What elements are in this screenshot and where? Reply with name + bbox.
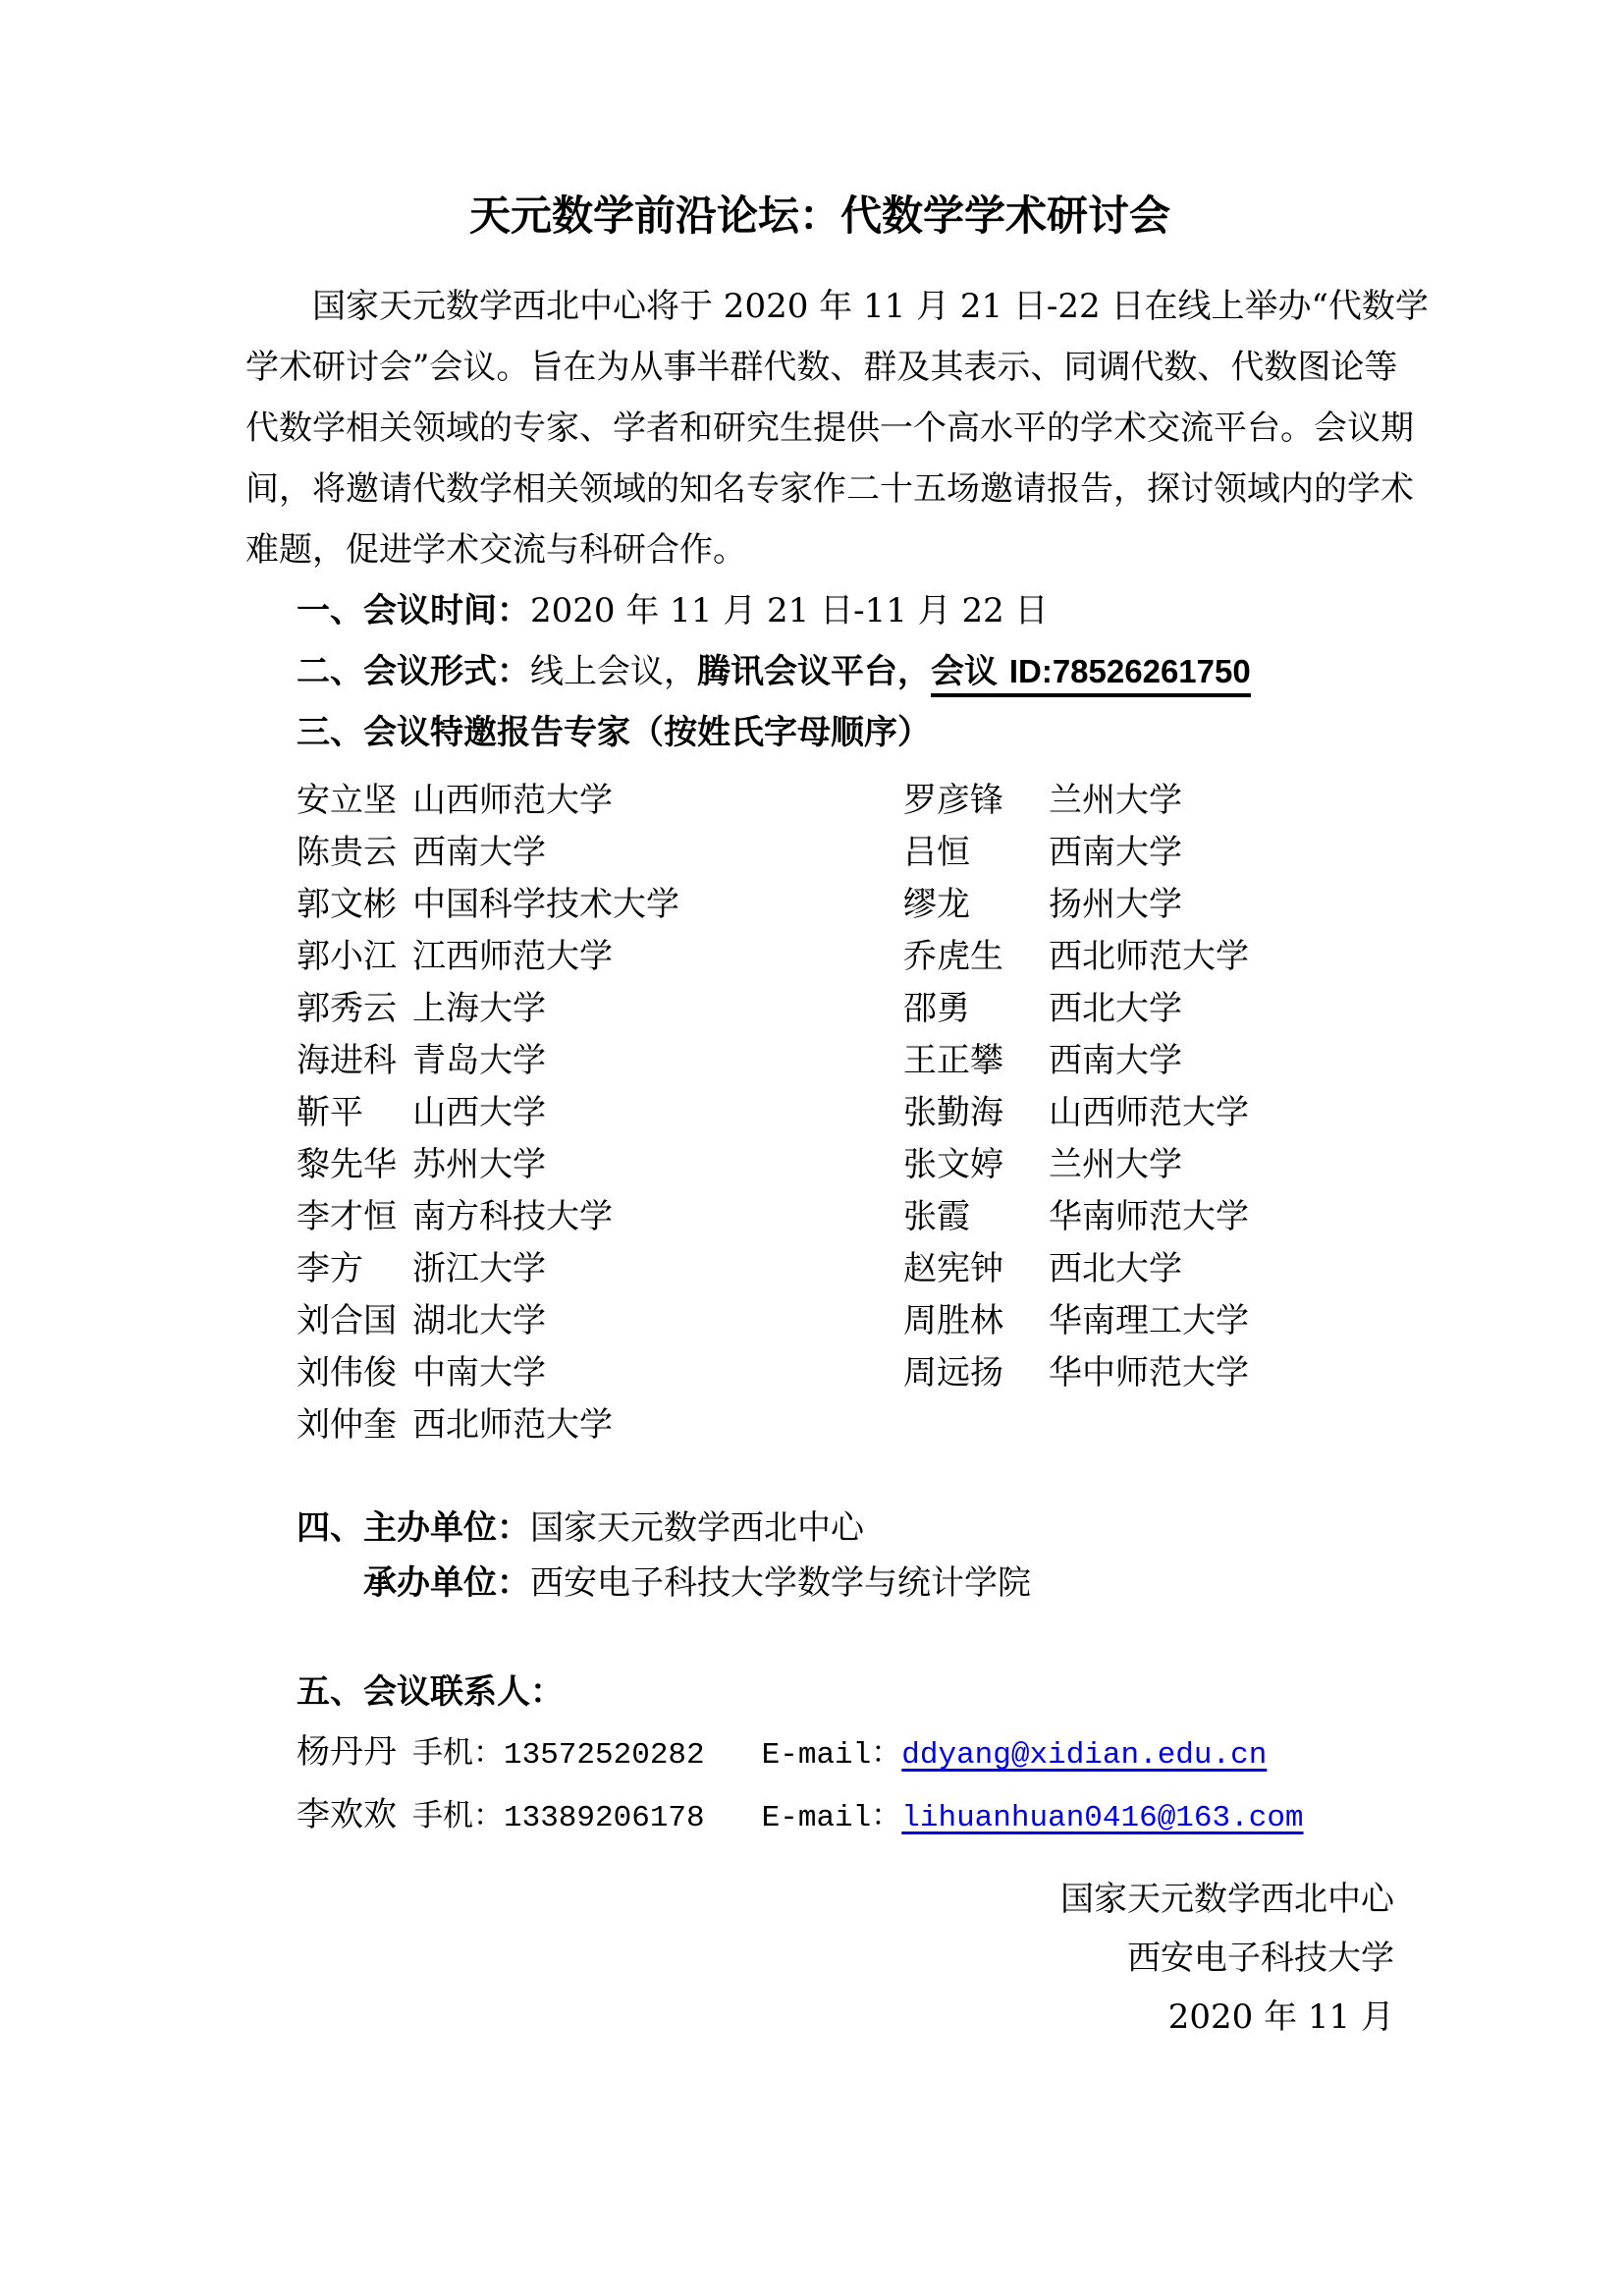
signature-line: 国家天元数学西北中心 bbox=[245, 1870, 1394, 1929]
expert-row: 郭秀云 上海大学 bbox=[297, 983, 903, 1035]
expert-name: 王正攀 bbox=[903, 1035, 1049, 1087]
meeting-format-platform: 腾讯会议平台， bbox=[697, 652, 931, 691]
expert-row: 王正攀 西南大学 bbox=[903, 1035, 1394, 1087]
expert-name: 赵宪钟 bbox=[903, 1243, 1049, 1295]
contact-phone: 手机：13572520282 bbox=[412, 1726, 705, 1785]
intro-paragraph-line: 国家天元数学西北中心将于 2020 年 11 月 21 日-22 日在线上举办“… bbox=[245, 276, 1394, 337]
host-organizer-line: 四、主办单位：国家天元数学西北中心 bbox=[245, 1501, 1394, 1556]
expert-university: 西南大学 bbox=[1049, 1035, 1394, 1087]
expert-name: 罗彦锋 bbox=[903, 775, 1049, 827]
expert-name: 郭秀云 bbox=[297, 983, 412, 1035]
meeting-format-label: 二、会议形式： bbox=[297, 652, 530, 691]
expert-university: 西南大学 bbox=[1049, 827, 1394, 879]
expert-row: 李才恒 南方科技大学 bbox=[297, 1191, 903, 1243]
expert-university: 西北大学 bbox=[1049, 983, 1394, 1035]
expert-name: 乔虎生 bbox=[903, 931, 1049, 983]
expert-row: 郭小江 江西师范大学 bbox=[297, 931, 903, 983]
expert-name: 海进科 bbox=[297, 1035, 412, 1087]
expert-name: 靳平 bbox=[297, 1087, 412, 1139]
intro-paragraph: 国家天元数学西北中心将于 2020 年 11 月 21 日-22 日在线上举办“… bbox=[245, 276, 1394, 580]
host-coorganizer-value: 西安电子科技大学数学与统计学院 bbox=[530, 1563, 1031, 1603]
expert-name: 张文婷 bbox=[903, 1139, 1049, 1191]
expert-name: 吕恒 bbox=[903, 827, 1049, 879]
expert-row: 黎先华 苏州大学 bbox=[297, 1139, 903, 1191]
contact-row: 李欢欢 手机：13389206178 E-mail： lihuanhuan041… bbox=[245, 1785, 1394, 1848]
section-meeting-time: 一、会议时间：2020 年 11 月 21 日-11 月 22 日 bbox=[245, 580, 1394, 641]
expert-row: 邵勇 西北大学 bbox=[903, 983, 1394, 1035]
expert-university: 西北师范大学 bbox=[412, 1399, 903, 1451]
expert-row: 乔虎生 西北师范大学 bbox=[903, 931, 1394, 983]
expert-name: 缪龙 bbox=[903, 879, 1049, 931]
signature-line: 西安电子科技大学 bbox=[245, 1929, 1394, 1988]
host-organizer-label: 四、主办单位： bbox=[297, 1508, 530, 1548]
expert-university: 华南师范大学 bbox=[1049, 1191, 1394, 1243]
expert-name: 周远扬 bbox=[903, 1347, 1049, 1399]
expert-name: 李才恒 bbox=[297, 1191, 412, 1243]
experts-column-right: 罗彦锋 兰州大学 吕恒 西南大学 缪龙 扬州大学 乔虎生 西北师范大学 邵勇 西… bbox=[903, 775, 1394, 1451]
expert-university: 湖北大学 bbox=[412, 1295, 903, 1347]
meeting-id: 会议 ID:78526261750 bbox=[931, 650, 1251, 697]
contact-phone-label: 手机： bbox=[412, 1738, 504, 1773]
contact-email-link[interactable]: lihuanhuan0416@163.com bbox=[901, 1789, 1303, 1848]
contact-phone-number: 13572520282 bbox=[504, 1738, 705, 1773]
expert-row: 刘仲奎 西北师范大学 bbox=[297, 1399, 903, 1451]
meeting-id-label: 会议 bbox=[931, 652, 1009, 691]
expert-name: 安立坚 bbox=[297, 775, 412, 827]
expert-row: 刘合国 湖北大学 bbox=[297, 1295, 903, 1347]
expert-row: 周远扬 华中师范大学 bbox=[903, 1347, 1394, 1399]
expert-university: 山西师范大学 bbox=[412, 775, 903, 827]
expert-university: 兰州大学 bbox=[1049, 1139, 1394, 1191]
expert-row: 赵宪钟 西北大学 bbox=[903, 1243, 1394, 1295]
host-organizer-value: 国家天元数学西北中心 bbox=[530, 1508, 864, 1548]
expert-university: 华南理工大学 bbox=[1049, 1295, 1394, 1347]
expert-row: 张霞 华南师范大学 bbox=[903, 1191, 1394, 1243]
meeting-format-online: 线上会议， bbox=[530, 652, 697, 691]
expert-university: 苏州大学 bbox=[412, 1139, 903, 1191]
expert-name: 郭小江 bbox=[297, 931, 412, 983]
expert-university: 西北大学 bbox=[1049, 1243, 1394, 1295]
expert-name: 刘合国 bbox=[297, 1295, 412, 1347]
section-experts-heading: 三、会议特邀报告专家（按姓氏字母顺序） bbox=[245, 702, 1394, 763]
expert-name: 黎先华 bbox=[297, 1139, 412, 1191]
intro-paragraph-line: 间，将邀请代数学相关领域的知名专家作二十五场邀请报告，探讨领域内的学术 bbox=[245, 459, 1394, 519]
expert-name: 陈贵云 bbox=[297, 827, 412, 879]
expert-university: 西南大学 bbox=[412, 827, 903, 879]
expert-name: 郭文彬 bbox=[297, 879, 412, 931]
expert-university: 山西大学 bbox=[412, 1087, 903, 1139]
signature-block: 国家天元数学西北中心西安电子科技大学2020 年 11 月 bbox=[245, 1870, 1394, 2047]
expert-university: 南方科技大学 bbox=[412, 1191, 903, 1243]
contact-phone-number: 13389206178 bbox=[504, 1801, 705, 1835]
expert-university: 山西师范大学 bbox=[1049, 1087, 1394, 1139]
contact-phone: 手机：13389206178 bbox=[412, 1789, 705, 1848]
expert-name: 邵勇 bbox=[903, 983, 1049, 1035]
expert-university: 浙江大学 bbox=[412, 1243, 903, 1295]
contact-email-label: E-mail： bbox=[762, 1726, 902, 1785]
contact-name: 杨丹丹 bbox=[297, 1722, 397, 1781]
expert-university: 西北师范大学 bbox=[1049, 931, 1394, 983]
expert-university: 华中师范大学 bbox=[1049, 1347, 1394, 1399]
host-coorganizer-label: 承办单位： bbox=[363, 1563, 530, 1603]
expert-name: 刘伟俊 bbox=[297, 1347, 412, 1399]
intro-paragraph-line: 学术研讨会”会议。旨在为从事半群代数、群及其表示、同调代数、代数图论等 bbox=[245, 337, 1394, 398]
document-page: 天元数学前沿论坛：代数学学术研讨会 国家天元数学西北中心将于 2020 年 11… bbox=[0, 0, 1623, 2296]
expert-name: 李方 bbox=[297, 1243, 412, 1295]
page-title: 天元数学前沿论坛：代数学学术研讨会 bbox=[245, 191, 1394, 241]
expert-row: 周胜林 华南理工大学 bbox=[903, 1295, 1394, 1347]
expert-university: 江西师范大学 bbox=[412, 931, 903, 983]
expert-row: 张文婷 兰州大学 bbox=[903, 1139, 1394, 1191]
contact-email-link[interactable]: ddyang@xidian.edu.cn bbox=[901, 1726, 1267, 1785]
signature-line: 2020 年 11 月 bbox=[245, 1988, 1394, 2047]
contact-name: 李欢欢 bbox=[297, 1785, 397, 1844]
meeting-id-value: ID:78526261750 bbox=[1009, 653, 1251, 689]
expert-row: 郭文彬 中国科学技术大学 bbox=[297, 879, 903, 931]
expert-row: 安立坚 山西师范大学 bbox=[297, 775, 903, 827]
expert-university: 兰州大学 bbox=[1049, 775, 1394, 827]
expert-name: 周胜林 bbox=[903, 1295, 1049, 1347]
expert-name: 刘仲奎 bbox=[297, 1399, 412, 1451]
expert-university: 扬州大学 bbox=[1049, 879, 1394, 931]
section-hosts: 四、主办单位：国家天元数学西北中心 承办单位：西安电子科技大学数学与统计学院 bbox=[245, 1501, 1394, 1611]
expert-university: 上海大学 bbox=[412, 983, 903, 1035]
contacts-list: 杨丹丹 手机：13572520282 E-mail： ddyang@xidian… bbox=[245, 1722, 1394, 1848]
expert-row: 缪龙 扬州大学 bbox=[903, 879, 1394, 931]
intro-paragraph-line: 难题，促进学术交流与科研合作。 bbox=[245, 519, 1394, 580]
expert-row: 陈贵云 西南大学 bbox=[297, 827, 903, 879]
meeting-time-label: 一、会议时间： bbox=[297, 591, 530, 630]
expert-row: 刘伟俊 中南大学 bbox=[297, 1347, 903, 1399]
expert-university: 中南大学 bbox=[412, 1347, 903, 1399]
expert-row: 吕恒 西南大学 bbox=[903, 827, 1394, 879]
experts-table: 安立坚 山西师范大学 陈贵云 西南大学 郭文彬 中国科学技术大学 郭小江 江西师… bbox=[245, 775, 1394, 1451]
expert-university: 中国科学技术大学 bbox=[412, 879, 903, 931]
contact-row: 杨丹丹 手机：13572520282 E-mail： ddyang@xidian… bbox=[245, 1722, 1394, 1785]
intro-paragraph-line: 代数学相关领域的专家、学者和研究生提供一个高水平的学术交流平台。会议期 bbox=[245, 398, 1394, 459]
contact-phone-label: 手机： bbox=[412, 1801, 504, 1835]
expert-row: 靳平 山西大学 bbox=[297, 1087, 903, 1139]
expert-row: 罗彦锋 兰州大学 bbox=[903, 775, 1394, 827]
meeting-time-value: 2020 年 11 月 21 日-11 月 22 日 bbox=[530, 591, 1049, 630]
expert-row: 李方 浙江大学 bbox=[297, 1243, 903, 1295]
host-coorganizer-line: 承办单位：西安电子科技大学数学与统计学院 bbox=[245, 1556, 1394, 1611]
section-contacts-heading: 五、会议联系人： bbox=[245, 1662, 1394, 1722]
expert-row: 张勤海 山西师范大学 bbox=[903, 1087, 1394, 1139]
expert-university: 青岛大学 bbox=[412, 1035, 903, 1087]
expert-name: 张霞 bbox=[903, 1191, 1049, 1243]
expert-row: 海进科 青岛大学 bbox=[297, 1035, 903, 1087]
experts-column-left: 安立坚 山西师范大学 陈贵云 西南大学 郭文彬 中国科学技术大学 郭小江 江西师… bbox=[297, 775, 903, 1451]
expert-name: 张勤海 bbox=[903, 1087, 1049, 1139]
section-meeting-format: 二、会议形式：线上会议，腾讯会议平台，会议 ID:78526261750 bbox=[245, 641, 1394, 702]
contact-email-label: E-mail： bbox=[762, 1789, 902, 1848]
